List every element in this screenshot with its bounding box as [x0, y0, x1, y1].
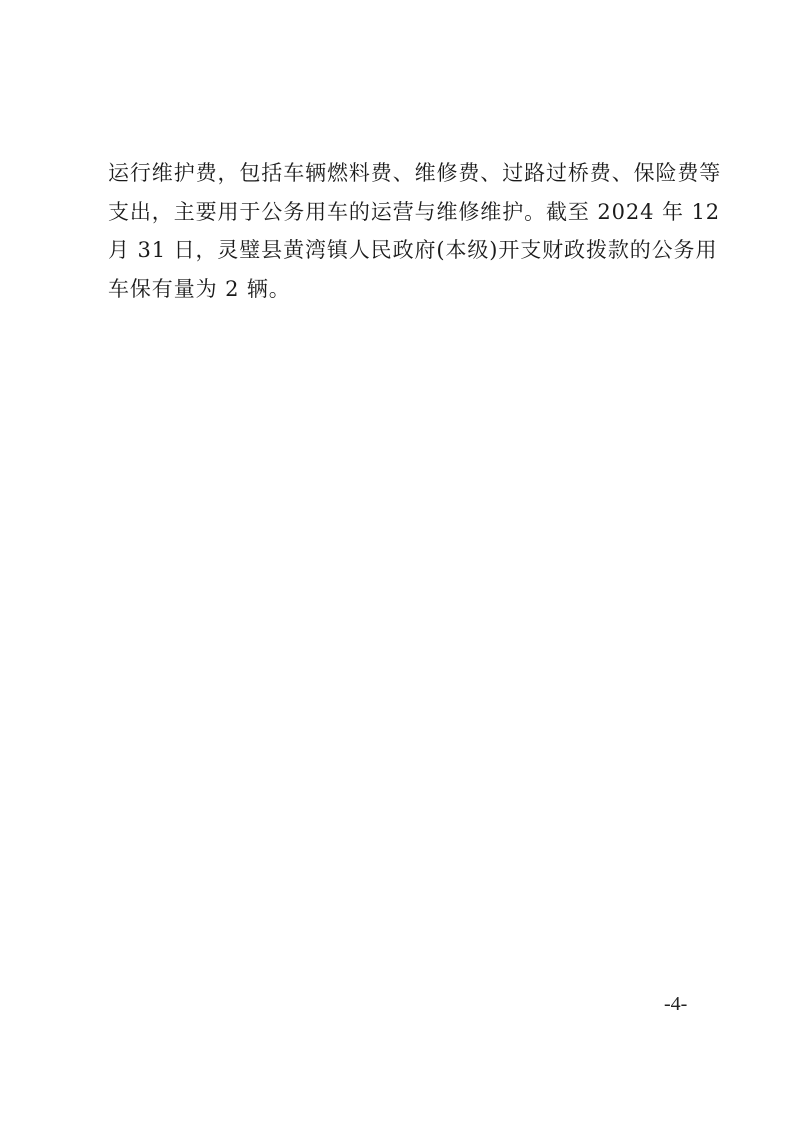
paragraph-line-3: 月 31 日，灵璧县黄湾镇人民政府(本级)开支财政拨款的公务用 [108, 231, 692, 270]
body-paragraph: 运行维护费，包括车辆燃料费、维修费、过路过桥费、保险费等 支出，主要用于公务用车… [108, 154, 692, 309]
paragraph-line-4: 车保有量为 2 辆。 [108, 270, 692, 309]
paragraph-line-1: 运行维护费，包括车辆燃料费、维修费、过路过桥费、保险费等 [108, 154, 692, 193]
paragraph-line-2: 支出，主要用于公务用车的运营与维修维护。截至 2024 年 12 [108, 193, 692, 232]
page-number: -4- [664, 993, 687, 1016]
document-page: 运行维护费，包括车辆燃料费、维修费、过路过桥费、保险费等 支出，主要用于公务用车… [0, 0, 793, 1122]
